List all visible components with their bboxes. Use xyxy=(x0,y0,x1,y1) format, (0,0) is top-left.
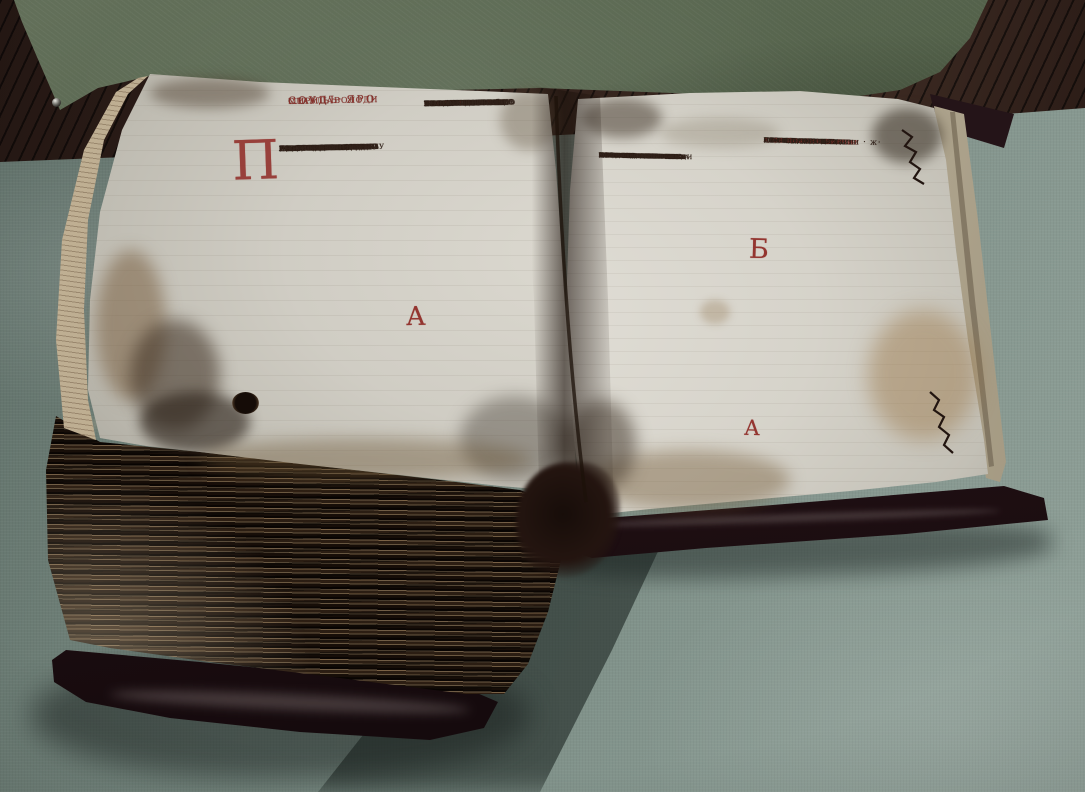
photo-manuscript-scene: соудъ ярославль володимирица · П равда р… xyxy=(0,0,1085,792)
detail-overlay xyxy=(0,0,1085,792)
manuscript-book: соудъ ярославль володимирица · П равда р… xyxy=(0,0,1085,792)
stitch-repair xyxy=(902,130,924,184)
stitch-repair xyxy=(930,392,953,453)
gutter-crack xyxy=(556,96,586,502)
